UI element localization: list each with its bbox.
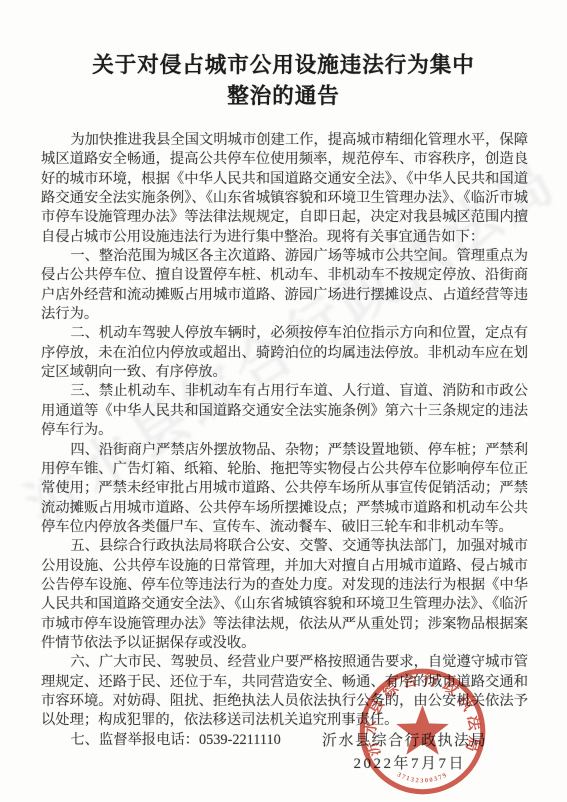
issuer-signature: 沂水县综合行政执法局 xyxy=(322,729,487,750)
paragraph-preamble: 为加快推进我县全国文明城市创建工作，提高城市精细化管理水平，保障城区道路安全畅通… xyxy=(41,131,528,247)
notice-title-line1: 关于对侵占城市公用设施违法行为集中 xyxy=(92,53,475,77)
paragraph-item-4: 四、沿街商户严禁店外摆放物品、杂物；严禁设置地锁、停车桩；严禁利用停车锥、广告灯… xyxy=(41,441,528,538)
paragraph-item-2: 二、机动车驾驶人停放车辆时，必须按停车泊位指示方向和位置，定点有序停放，未在泊位… xyxy=(41,324,528,382)
hotline-label: 七、监督举报电话： xyxy=(70,732,199,748)
seal-serial-number: 37132300379 xyxy=(396,771,449,784)
issue-date: 2022年7月7日 xyxy=(353,752,466,773)
paragraph-item-5: 五、县综合行政执法局将联合公安、交警、交通等执法部门，加强对城市公用设施、公共停… xyxy=(41,537,528,653)
notice-title-line2: 整治的通告 xyxy=(227,84,340,108)
paragraph-item-6: 六、广大市民、驾驶员、经营业户要严格按照通告要求，自觉遵守城市管理规定、还路于民… xyxy=(41,653,528,730)
notice-title: 关于对侵占城市公用设施违法行为集中 整治的通告 xyxy=(0,50,567,112)
paragraph-item-1: 一、整治范围为城区各主次道路、游园广场等城市公共空间。管理重点为侵占公共停车位、… xyxy=(41,247,528,324)
notice-body: 为加快推进我县全国文明城市创建工作，提高城市精细化管理水平，保障城区道路安全畅通… xyxy=(41,131,528,750)
hotline-number: 0539-2211110 xyxy=(199,732,281,748)
paragraph-item-3: 三、禁止机动车、非机动车有占用行车道、人行道、盲道、消防和市政公用通道等《中华人… xyxy=(41,382,528,440)
notice-document-page: 沂水县综合行政执法局 关于对侵占城市公用设施违法行为集中 整治的通告 为加快推进… xyxy=(0,0,567,802)
